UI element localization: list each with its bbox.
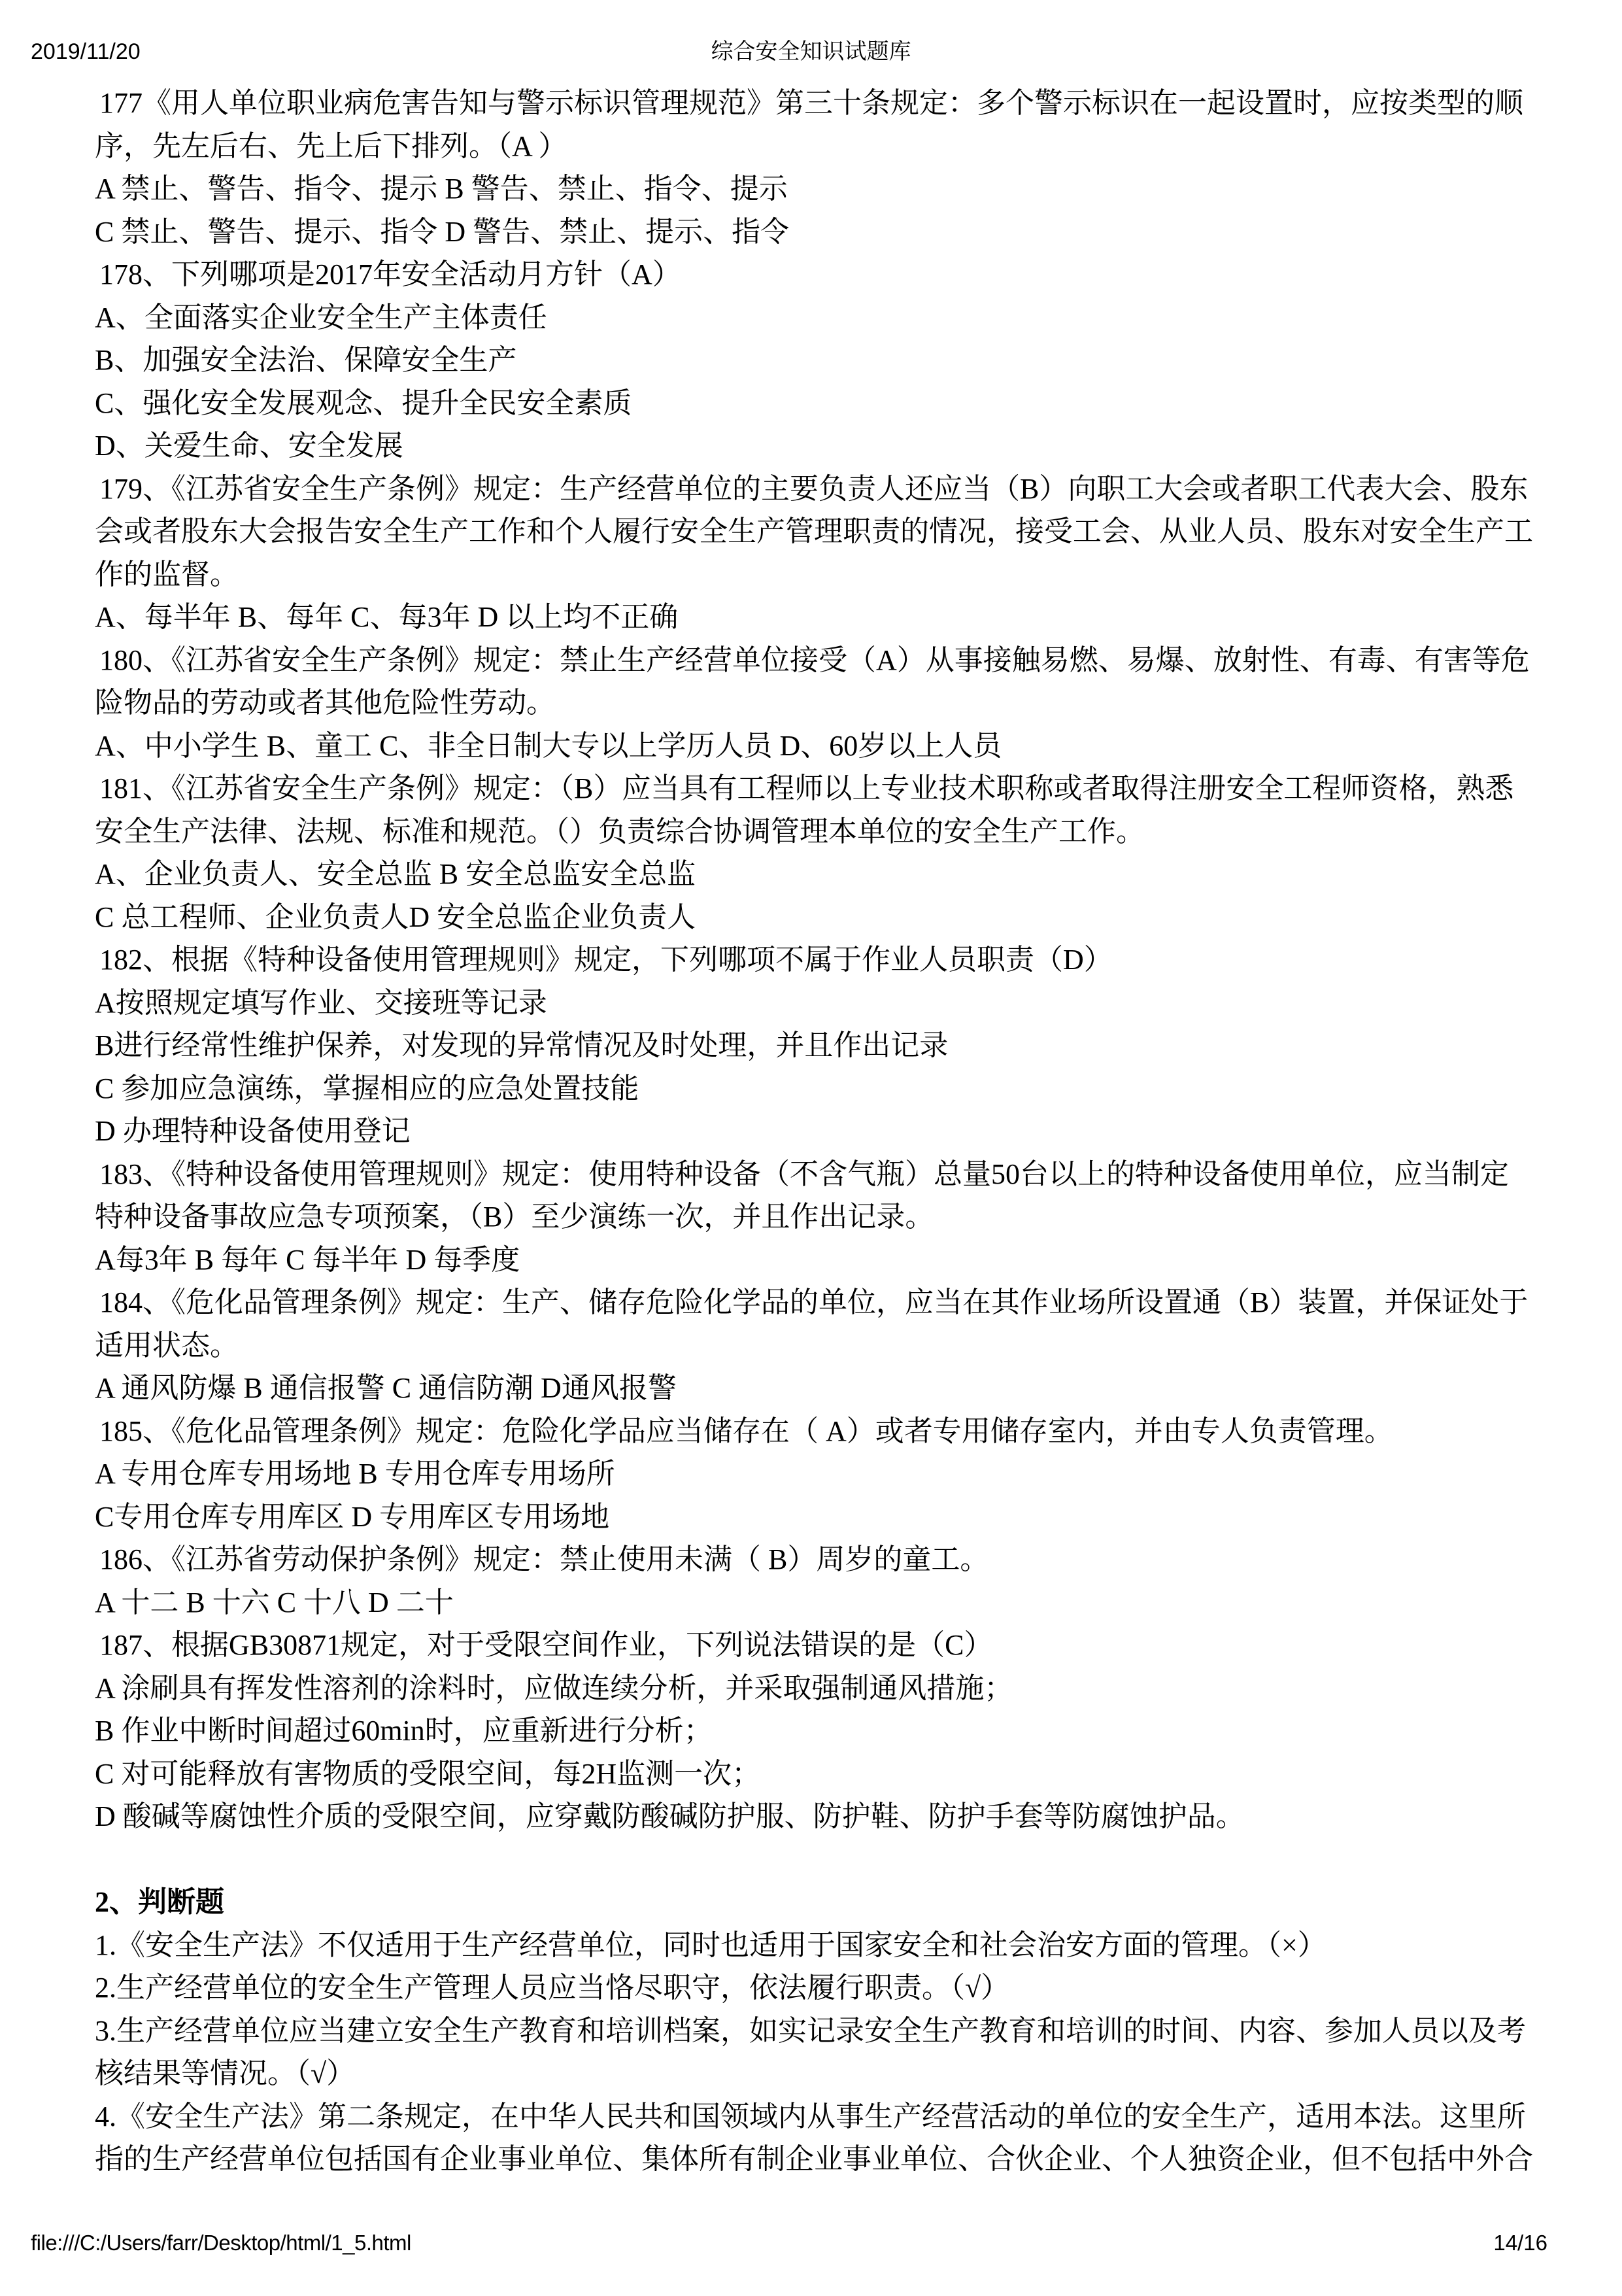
text-line: 180、《江苏省安全生产条例》规定：禁止生产经营单位接受（A）从事接触易燃、易爆… [95,639,1544,682]
text-line: 182、根据《特种设备使用管理规则》规定，下列哪项不属于作业人员职责（D） [95,938,1544,982]
text-line: 指的生产经营单位包括国有企业事业单位、集体所有制企业事业单位、合伙企业、个人独资… [95,2138,1544,2181]
text-line: 177《用人单位职业病危害告知与警示标识管理规范》第三十条规定：多个警示标识在一… [95,82,1544,125]
text-line: 185、《危化品管理条例》规定：危险化学品应当储存在（ A）或者专用储存室内，并… [95,1410,1544,1453]
text-line: C 禁止、警告、提示、指令 D 警告、禁止、提示、指令 [95,211,1544,254]
text-line: A、全面落实企业安全生产主体责任 [95,296,1544,339]
text-line: B、加强安全法治、保障安全生产 [95,339,1544,382]
text-line: B进行经常性维护保养，对发现的异常情况及时处理，并且作出记录 [95,1024,1544,1067]
header-title: 综合安全知识试题库 [31,37,1591,66]
text-line: A每3年 B 每年 C 每半年 D 每季度 [95,1239,1544,1282]
text-line: A、中小学生 B、童工 C、非全日制大专以上学历人员 D、60岁以上人员 [95,725,1544,768]
text-line: A、企业负责人、安全总监 B 安全总监安全总监 [95,853,1544,896]
text-line: 险物品的劳动或者其他危险性劳动。 [95,681,1544,725]
print-header: 2019/11/20 综合安全知识试题库 [31,37,1591,66]
text-line: A 专用仓库专用场地 B 专用仓库专用场所 [95,1452,1544,1496]
text-line: A按照规定填写作业、交接班等记录 [95,982,1544,1025]
text-line: C、强化安全发展观念、提升全民安全素质 [95,382,1544,425]
text-line: C专用仓库专用库区 D 专用库区专用场地 [95,1496,1544,1539]
print-footer: file:///C:/Users/farr/Desktop/html/1_5.h… [31,2229,1547,2257]
footer-page-number: 14/16 [1493,2229,1547,2257]
text-line: 适用状态。 [95,1324,1544,1367]
text-line: 作的监督。 [95,553,1544,596]
text-line: 179、《江苏省安全生产条例》规定：生产经营单位的主要负责人还应当（B）向职工大… [95,468,1544,511]
text-line: A 涂刷具有挥发性溶剂的涂料时，应做连续分析，并采取强制通风措施； [95,1667,1544,1710]
text-line: 3.生产经营单位应当建立安全生产教育和培训档案，如实记录安全生产教育和培训的时间… [95,2010,1544,2053]
text-line: 特种设备事故应急专项预案，（B）至少演练一次，并且作出记录。 [95,1195,1544,1239]
text-line: 178、下列哪项是2017年安全活动月方针（A） [95,253,1544,296]
text-line: D 办理特种设备使用登记 [95,1110,1544,1153]
text-line: C 参加应急演练，掌握相应的应急处置技能 [95,1067,1544,1110]
footer-file-url: file:///C:/Users/farr/Desktop/html/1_5.h… [31,2229,411,2257]
text-line: 4.《安全生产法》第二条规定，在中华人民共和国领域内从事生产经营活动的单位的安全… [95,2095,1544,2138]
text-line: B 作业中断时间超过60min时，应重新进行分析； [95,1709,1544,1753]
text-line: 181、《江苏省安全生产条例》规定：（B）应当具有工程师以上专业技术职称或者取得… [95,767,1544,810]
text-line: A 禁止、警告、指令、提示 B 警告、禁止、指令、提示 [95,167,1544,211]
text-line: D 酸碱等腐蚀性介质的受限空间，应穿戴防酸碱防护服、防护鞋、防护手套等防腐蚀护品… [95,1795,1544,1838]
document-page: 2019/11/20 综合安全知识试题库 177《用人单位职业病危害告知与警示标… [0,0,1622,2296]
text-line: 186、《江苏省劳动保护条例》规定：禁止使用未满（ B）周岁的童工。 [95,1538,1544,1581]
text-line: 187、根据GB30871规定，对于受限空间作业，下列说法错误的是（C） [95,1624,1544,1667]
text-line: 2、判断题 [95,1881,1544,1924]
text-line: 会或者股东大会报告安全生产工作和个人履行安全生产管理职责的情况，接受工会、从业人… [95,510,1544,553]
text-line: A、每半年 B、每年 C、每3年 D 以上均不正确 [95,596,1544,639]
blank-line [95,1838,1544,1881]
text-line: 2.生产经营单位的安全生产管理人员应当恪尽职守，依法履行职责。（√） [95,1966,1544,2010]
text-line: A 十二 B 十六 C 十八 D 二十 [95,1581,1544,1624]
text-line: 安全生产法律、法规、标准和规范。（）负责综合协调管理本单位的安全生产工作。 [95,810,1544,853]
text-line: C 对可能释放有害物质的受限空间，每2H监测一次； [95,1753,1544,1796]
text-line: D、关爱生命、安全发展 [95,424,1544,468]
text-line: 184、《危化品管理条例》规定：生产、储存危险化学品的单位，应当在其作业场所设置… [95,1281,1544,1324]
text-line: 序，先左后右、先上后下排列。（A ） [95,125,1544,168]
text-line: 183、《特种设备使用管理规则》规定：使用特种设备（不含气瓶）总量50台以上的特… [95,1153,1544,1196]
text-line: 1.《安全生产法》不仅适用于生产经营单位，同时也适用于国家安全和社会治安方面的管… [95,1924,1544,1967]
text-line: A 通风防爆 B 通信报警 C 通信防潮 D通风报警 [95,1367,1544,1410]
document-body: 177《用人单位职业病危害告知与警示标识管理规范》第三十条规定：多个警示标识在一… [95,82,1544,2181]
text-line: C 总工程师、企业负责人D 安全总监企业负责人 [95,896,1544,939]
text-line: 核结果等情况。（√） [95,2052,1544,2095]
